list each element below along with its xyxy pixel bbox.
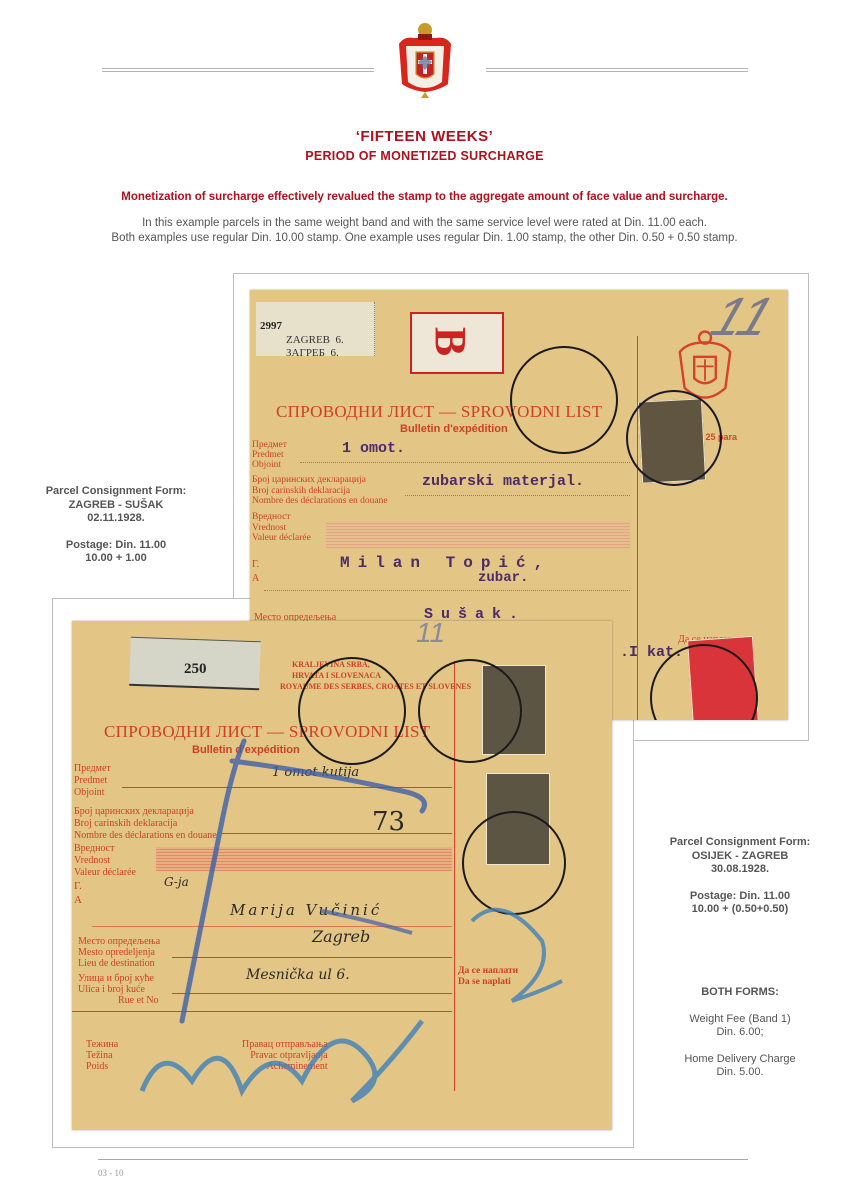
blue-crayon-marks	[72, 621, 612, 1130]
caption-heading: Parcel Consignment Form:	[645, 836, 835, 850]
form-subtitle: Bulletin d'expédition	[400, 423, 508, 435]
description-line: Both examples use regular Din. 10.00 sta…	[0, 231, 849, 246]
label-city-latin: ZAGREB 6.	[286, 334, 344, 346]
lead-statement: Monetization of surcharge effectively re…	[0, 191, 849, 203]
header-rule-left	[102, 68, 374, 72]
registered-mark: B	[425, 327, 476, 356]
caption-postage: Postage: Din. 11.00	[645, 890, 835, 904]
description-line: In this example parcels in the same weig…	[0, 216, 849, 231]
caption-postage: Postage: Din. 11.00	[26, 539, 206, 553]
weight-fee-value: Din. 6.00;	[645, 1026, 835, 1040]
declared-value-band	[326, 522, 630, 548]
typed-contents: zubarski materjal.	[422, 473, 584, 490]
weight-fee-label: Weight Fee (Band 1)	[645, 1013, 835, 1027]
delivery-charge-value: Din. 5.00.	[645, 1066, 835, 1080]
typed-subject: 1 omot.	[342, 440, 405, 457]
page-subtitle: PERIOD OF MONETIZED SURCHARGE	[0, 149, 849, 163]
postmark-zagreb	[510, 346, 618, 454]
footer-rule	[98, 1159, 748, 1160]
caption-date: 02.11.1928.	[26, 512, 206, 526]
delivery-charge-label: Home Delivery Charge	[645, 1053, 835, 1067]
label-number: 2997	[260, 320, 282, 332]
field-customs-label: Број царинских декларација Broj carinski…	[252, 475, 388, 507]
caption-heading: Parcel Consignment Form:	[26, 485, 206, 499]
caption-breakdown: 10.00 + 1.00	[26, 552, 206, 566]
field-subject-label: Предмет Predmet Objoint	[252, 440, 287, 470]
pencil-note: 11	[416, 621, 445, 649]
page-title: ‘FIFTEEN WEEKS’	[0, 128, 849, 145]
caption-both-forms: BOTH FORMS: Weight Fee (Band 1) Din. 6.0…	[645, 986, 835, 1080]
description: In this example parcels in the same weig…	[0, 216, 849, 246]
caption-breakdown: 10.00 + (0.50+0.50)	[645, 903, 835, 917]
typed-profession: zubar.	[478, 570, 528, 586]
field-to-label: Г. A	[252, 558, 259, 586]
header-rule-right	[486, 68, 748, 72]
coat-of-arms-icon	[396, 18, 454, 100]
page-number: 03 - 10	[98, 1168, 124, 1178]
label-city-cyrillic: ЗАГРЕБ 6.	[286, 347, 339, 359]
pencil-note: 11	[703, 290, 782, 348]
both-heading: BOTH FORMS:	[645, 986, 835, 1000]
caption-date: 30.08.1928.	[645, 863, 835, 877]
field-value-label: Вредност Vrednost Valeur déclarée	[252, 512, 311, 544]
caption-route: OSIJEK - ZAGREB	[645, 850, 835, 864]
caption-route: ZAGREB - SUŠAK	[26, 499, 206, 513]
caption-first-form: Parcel Consignment Form: ZAGREB - SUŠAK …	[26, 485, 206, 566]
second-consignment-form: 250 KRALJEVINA SRBA, HRVATA I SLOVENACA …	[72, 621, 612, 1130]
caption-second-form: Parcel Consignment Form: OSIJEK - ZAGREB…	[645, 836, 835, 917]
postmark-zagreb-on-stamp	[626, 390, 722, 486]
